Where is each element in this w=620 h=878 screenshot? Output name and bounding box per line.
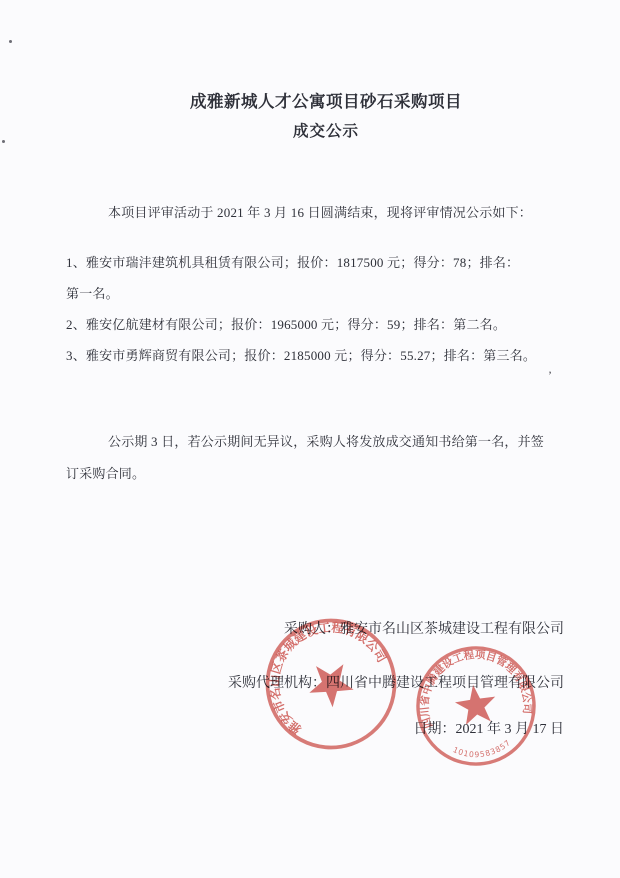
text-line: 第一名。 (66, 278, 590, 309)
text-line: 2、雅安亿航建材有限公司；报价：1965000 元；得分：59；排名：第二名。 (66, 309, 590, 340)
text-line: 公示期 3 日，若公示期间无异议，采购人将发放成交通知书给第一名，并签 (66, 426, 590, 458)
scan-artifact-mark: ’ (548, 368, 552, 383)
intro-paragraph: 本项目评审活动于 2021 年 3 月 16 日圆满结束，现将评审情况公示如下： (66, 197, 590, 228)
text-line: 1、雅安市瑞沣建筑机具租赁有限公司；报价：1817500 元；得分：78；排名： (66, 247, 590, 278)
notice-paragraph: 公示期 3 日，若公示期间无异议，采购人将发放成交通知书给第一名，并签订采购合同… (66, 426, 590, 490)
document-title-line2: 成交公示 (16, 119, 620, 141)
bidder-list: 1、雅安市瑞沣建筑机具租赁有限公司；报价：1817500 元；得分：78；排名：… (66, 247, 590, 371)
scan-speck (2, 140, 5, 143)
agency-company-seal: 四川省中腾建设工程项目管理有限公司 5101095838578 (412, 642, 540, 770)
star-icon (453, 682, 499, 726)
text-line: 订采购合同。 (66, 458, 590, 490)
purchaser-company-seal: 雅安市名山区茶城建设工程有限公司 (261, 614, 401, 754)
text-line: 3、雅安市勇辉商贸有限公司；报价：2185000 元；得分：55.27；排名：第… (66, 340, 590, 371)
scan-speck (9, 40, 12, 43)
document-title-line1: 成雅新城人才公寓项目砂石采购项目 (16, 88, 620, 112)
star-icon (299, 652, 360, 713)
document-page: 成雅新城人才公寓项目砂石采购项目 成交公示 本项目评审活动于 2021 年 3 … (0, 0, 620, 878)
